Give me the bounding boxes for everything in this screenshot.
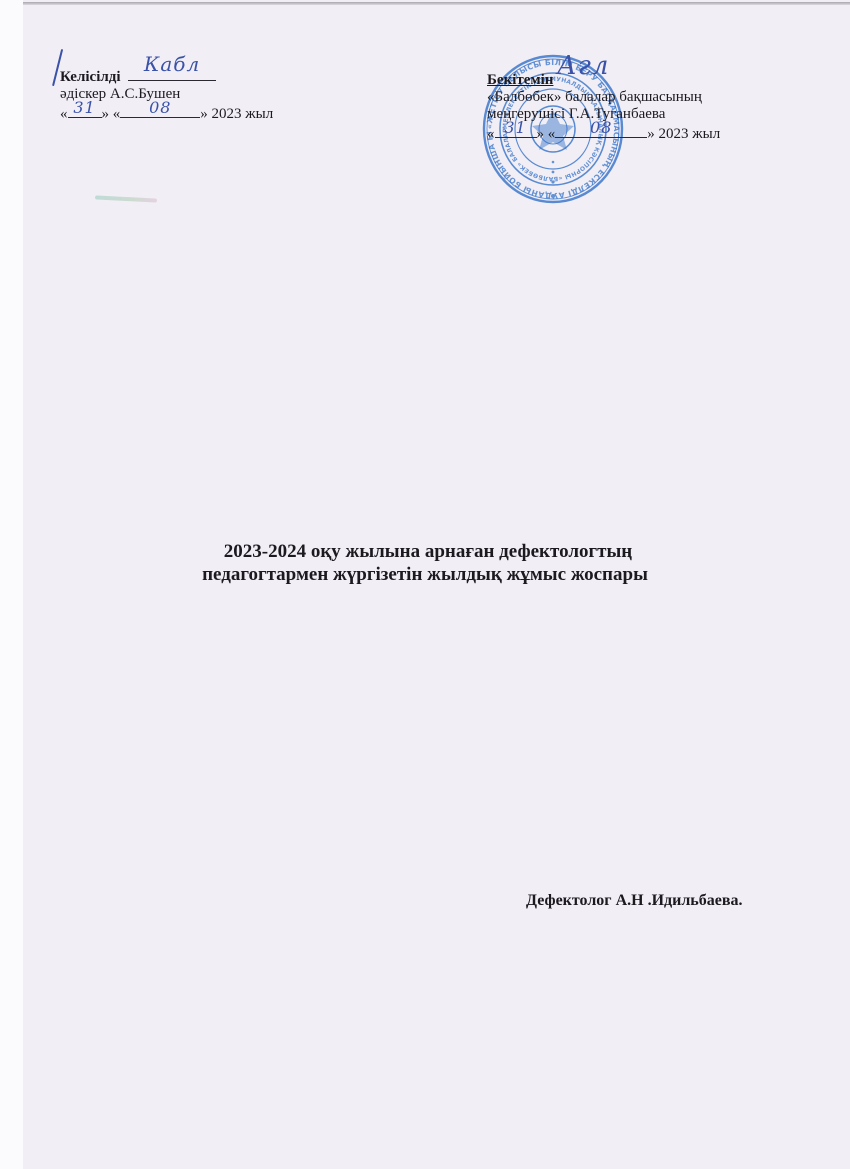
agreed-signature-line: Кабл xyxy=(128,66,216,81)
agreed-date-day: 31 xyxy=(68,103,102,118)
highlighter-smudge xyxy=(95,195,157,202)
title-line-2: педагогтармен жүргізетін жылдық жұмыс жо… xyxy=(0,563,850,586)
approved-signature: Агл xyxy=(557,58,637,75)
author-signature-line: Дефектолог А.Н .Идильбаева. xyxy=(526,892,743,910)
approved-org: «Балбөбек» балалар бақшасының xyxy=(487,89,720,106)
approved-date-day: 31 xyxy=(495,123,537,138)
approval-block-approved: Бекітемін Агл «Балбөбек» балалар бақшасы… xyxy=(487,72,720,143)
approved-date: «31» «08» 2023 жыл xyxy=(487,123,720,143)
agreed-heading: Келісілді xyxy=(60,69,121,85)
document-title: 2023-2024 оқу жылына арнаған дефектологт… xyxy=(0,540,850,586)
agreed-heading-line: Келісілді Кабл xyxy=(60,66,273,86)
agreed-date: «31» «08» 2023 жыл xyxy=(60,103,273,123)
title-line-1: 2023-2024 оқу жылына арнаған дефектологт… xyxy=(0,540,850,563)
page-top-edge xyxy=(23,2,850,5)
approval-block-agreed: Келісілді Кабл әдіскер А.С.Бушен «31» «0… xyxy=(60,66,273,123)
approved-date-month: 08 xyxy=(555,123,647,138)
agreed-signature: Кабл xyxy=(128,56,216,73)
agreed-date-month: 08 xyxy=(120,103,200,118)
approved-heading-line: Бекітемін Агл xyxy=(487,72,720,89)
approved-heading: Бекітемін xyxy=(487,72,553,88)
